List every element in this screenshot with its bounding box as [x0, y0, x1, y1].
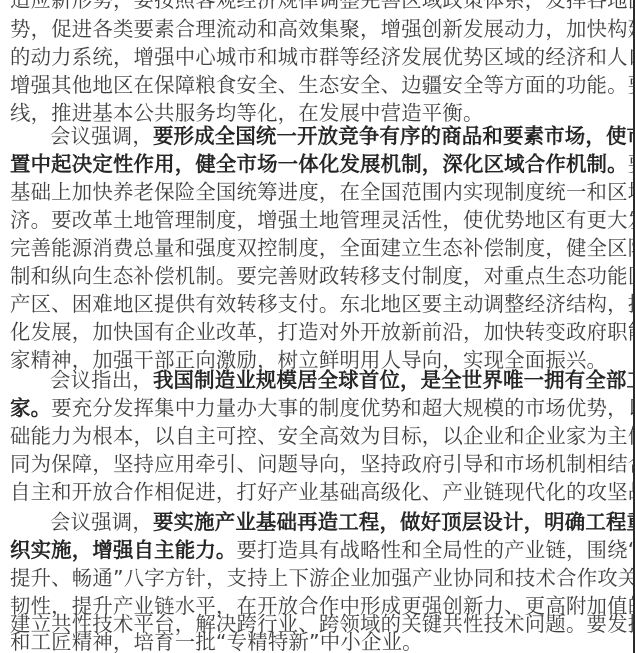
text-segment: 增强其他地区在保障粮食安全、生态安全、边疆安全等方面的功能。要保障民生底 — [10, 73, 635, 97]
paragraph-1-line-3: 的动力系统，增强中心城市和城市群等经济发展优势区域的经济和人口承载能力， — [10, 43, 635, 71]
text-segment: 制和纵向生态补偿机制。要完善财政转移支付制度，对重点生态功能区、农产品主 — [10, 264, 635, 288]
text-segment: 自主和开放合作相促进，打好产业基础高级化、产业链现代化的攻坚战。 — [10, 480, 635, 504]
paragraph-1-line-1: 适应新形势，要按照客观经济规律调整完善区域政策体系，发挥各地区比较优 — [10, 0, 635, 14]
bold-text-segment: 置中起决定性作用，健全市场一体化发展机制，深化区域合作机制。 — [10, 152, 628, 176]
text-segment: 要打造具有战略性和全局性的产业链，围绕“巩固、增强、 — [237, 538, 635, 562]
paragraph-1-line-2: 势，促进各类要素合理流动和高效集聚，增强创新发展动力，加快构建高质量发展 — [10, 15, 635, 43]
paragraph-4-line-3: 提升、畅通”八字方针，支持上下游企业加强产业协同和技术合作攻关，增强产业链 — [10, 564, 635, 592]
paragraph-3-line-2: 家。要充分发挥集中力量办大事的制度优势和超大规模的市场优势，以夯实产业基 — [10, 394, 635, 422]
paragraph-3-line-4: 同为保障，坚持应用牵引、问题导向，坚持政府引导和市场机制相结合，坚持独立 — [10, 450, 635, 478]
text-segment: 适应新形势，要按照客观经济规律调整完善区域政策体系，发挥各地区比较优 — [10, 0, 635, 12]
text-segment: 会议指出， — [50, 368, 153, 392]
bold-text-segment: 要形成全国统一开放竞争有序的商品和要素市场，使市场在资源配 — [153, 124, 635, 148]
paragraph-2-line-4: 济。要改革土地管理制度，增强土地管理灵活性，使优势地区有更大发展空间。要 — [10, 206, 635, 234]
paragraph-3-line-1: 会议指出，我国制造业规模居全球首位，是全世界唯一拥有全部工业门类的国 — [50, 366, 635, 394]
text-segment: 势，促进各类要素合理流动和高效集聚，增强创新发展动力，加快构建高质量发展 — [10, 17, 635, 41]
paragraph-4-line-1: 会议强调，要实施产业基础再造工程，做好顶层设计，明确工程重点，分类组 — [50, 508, 635, 536]
text-segment: 会议强调， — [50, 124, 153, 148]
text-segment: 础能力为根本，以自主可控、安全高效为目标，以企业和企业家为主体，以政策协 — [10, 424, 635, 448]
text-segment: 济。要改革土地管理制度，增强土地管理灵活性，使优势地区有更大发展空间。要 — [10, 208, 635, 232]
paragraph-2-line-3: 基础上加快养老保险全国统筹进度，在全国范围内实现制度统一和区域间互助共 — [10, 178, 635, 206]
paragraph-2-line-6: 制和纵向生态补偿机制。要完善财政转移支付制度，对重点生态功能区、农产品主 — [10, 262, 635, 290]
bold-text-segment: 我国制造业规模居全球首位，是全世界唯一拥有全部工业门类的国 — [153, 368, 635, 392]
text-segment: 基础上加快养老保险全国统筹进度，在全国范围内实现制度统一和区域间互助共 — [10, 180, 635, 204]
paragraph-1-line-4: 增强其他地区在保障粮食安全、生态安全、边疆安全等方面的功能。要保障民生底 — [10, 71, 635, 99]
bold-text-segment: 要实施产业基础再造工程，做好顶层设计，明确工程重点，分类组 — [153, 510, 635, 534]
paragraph-2-line-7: 产区、困难地区提供有效转移支付。东北地区要主动调整经济结构，推进产业多元 — [10, 290, 635, 318]
paragraph-3-line-5: 自主和开放合作相促进，打好产业基础高级化、产业链现代化的攻坚战。 — [10, 478, 635, 506]
text-segment: 化发展，加快国有企业改革，打造对外开放新前沿，加快转变政府职能，弘扬企业 — [10, 320, 635, 344]
bold-text-segment: 织实施，增强自主能力。 — [10, 538, 237, 562]
paragraph-4-line-2: 织实施，增强自主能力。要打造具有战略性和全局性的产业链，围绕“巩固、增强、 — [10, 536, 635, 564]
paragraph-2-line-5: 完善能源消费总量和强度双控制度，全面建立生态补偿制度，健全区际利益补偿机 — [10, 234, 635, 262]
text-segment: 要充分发挥集中力量办大事的制度优势和超大规模的市场优势，以夯实产业基 — [51, 396, 635, 420]
text-segment: 会议强调， — [50, 510, 153, 534]
text-segment: 产区、困难地区提供有效转移支付。东北地区要主动调整经济结构，推进产业多元 — [10, 292, 635, 316]
text-segment: 提升、畅通”八字方针，支持上下游企业加强产业协同和技术合作攻关，增强产业链 — [10, 566, 635, 590]
text-segment: 完善能源消费总量和强度双控制度，全面建立生态补偿制度，健全区际利益补偿机 — [10, 236, 635, 260]
paragraph-2-line-2: 置中起决定性作用，健全市场一体化发展机制，深化区域合作机制。要在省级统筹 — [10, 150, 635, 178]
paragraph-2-line-8: 化发展，加快国有企业改革，打造对外开放新前沿，加快转变政府职能，弘扬企业 — [10, 318, 635, 346]
paragraph-3-line-3: 础能力为根本，以自主可控、安全高效为目标，以企业和企业家为主体，以政策协 — [10, 422, 635, 450]
text-segment: 和工匠精神，培育一批“专精特新”中小企业。 — [10, 630, 423, 653]
paragraph-2-line-1: 会议强调，要形成全国统一开放竞争有序的商品和要素市场，使市场在资源配 — [50, 122, 635, 150]
bold-text-segment: 家。 — [10, 396, 51, 420]
text-segment: 的动力系统，增强中心城市和城市群等经济发展优势区域的经济和人口承载能力， — [10, 45, 635, 69]
paragraph-4-line-6: 和工匠精神，培育一批“专精特新”中小企业。 — [10, 628, 423, 653]
text-segment: 同为保障，坚持应用牵引、问题导向，坚持政府引导和市场机制相结合，坚持独立 — [10, 452, 635, 476]
